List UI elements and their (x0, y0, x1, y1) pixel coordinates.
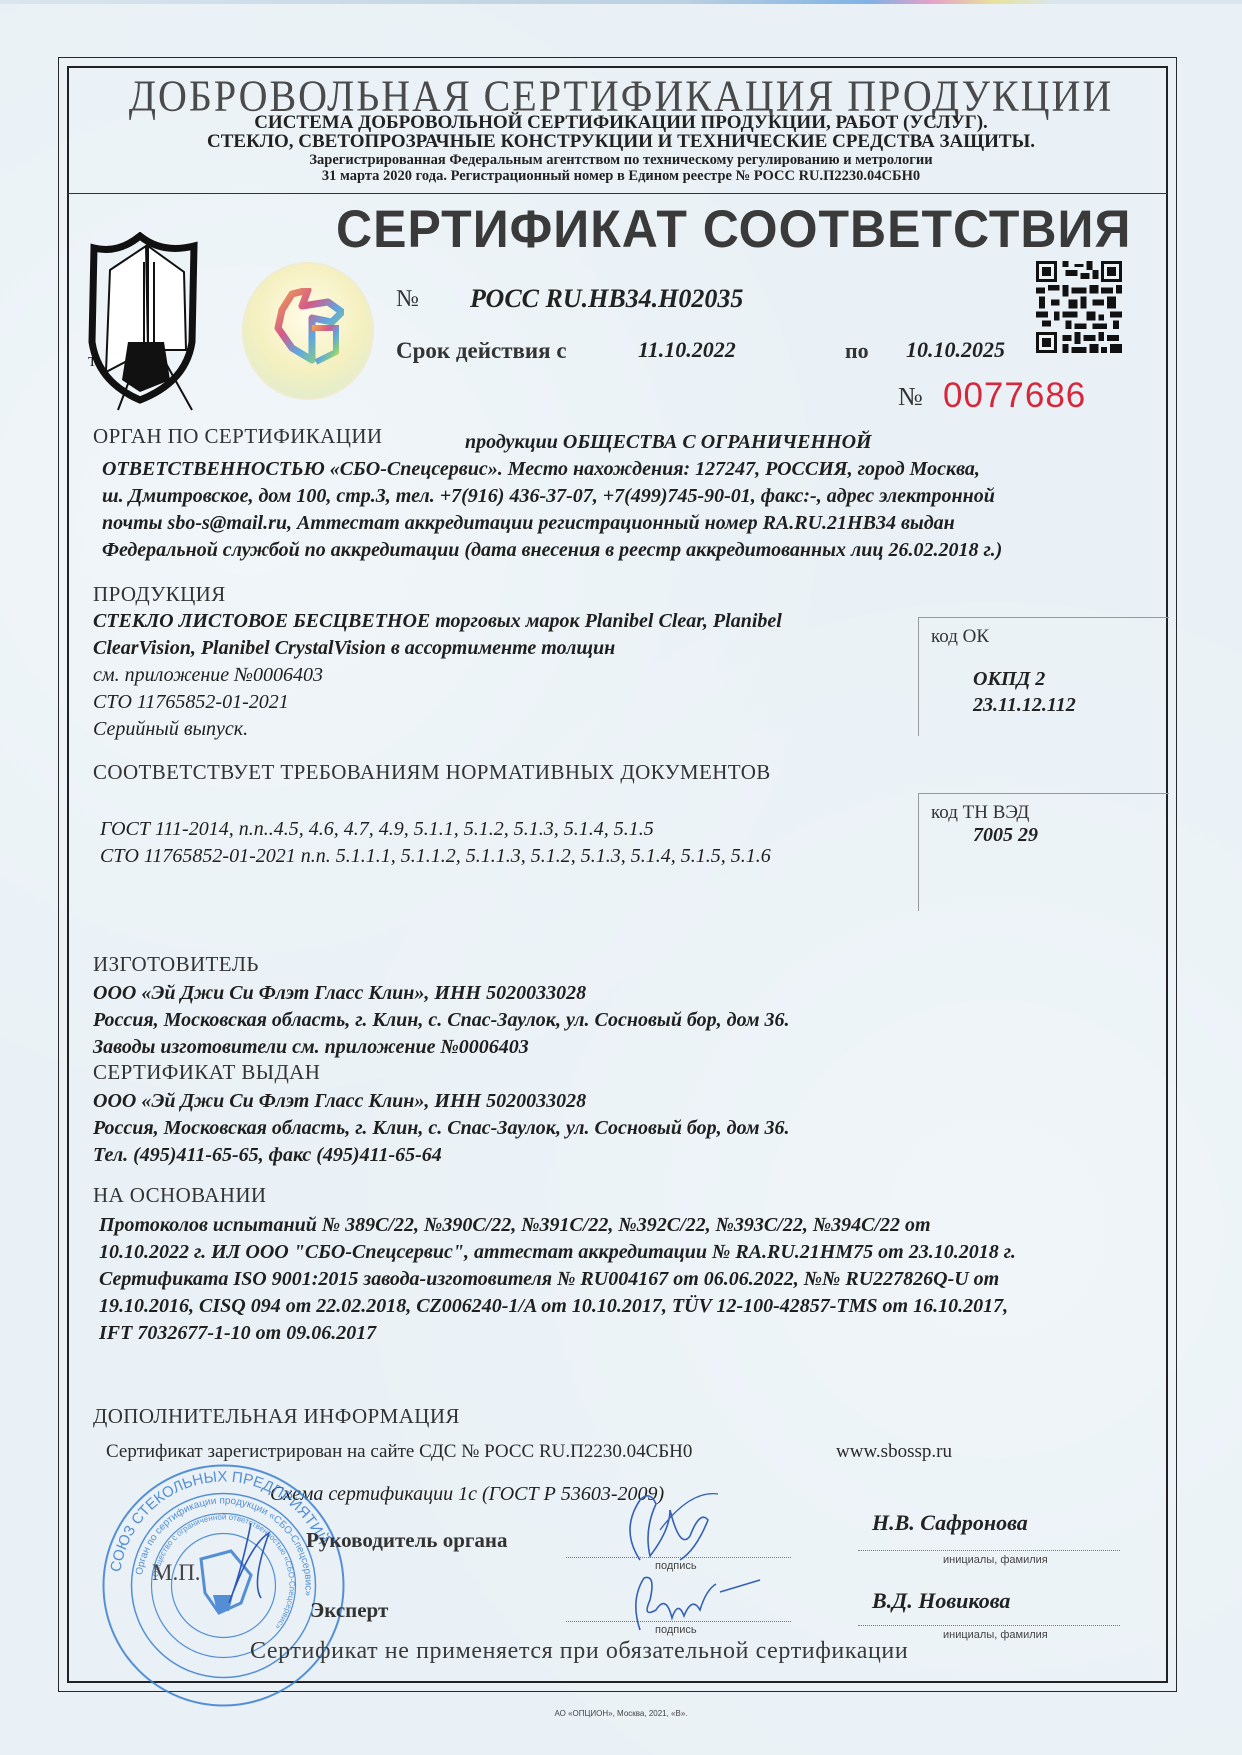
code-tnved-box: код ТН ВЭД 7005 29 (918, 793, 1169, 911)
requirements-heading: СООТВЕТСТВУЕТ ТРЕБОВАНИЯМ НОРМАТИВНЫХ ДО… (93, 760, 771, 785)
qr-code-icon (1036, 260, 1122, 354)
basis-line: 10.10.2022 г. ИЛ ООО "СБО-Спецсервис", а… (99, 1241, 1016, 1264)
head-signature-icon (600, 1490, 730, 1570)
system-scope: СТЕКЛО, СВЕТОПРОЗРАЧНЫЕ КОНСТРУКЦИИ И ТЕ… (0, 131, 1242, 153)
certification-body-line: продукции ОБЩЕСТВА С ОГРАНИЧЕННОЙ (465, 431, 872, 454)
valid-from-date: 11.10.2022 (638, 337, 736, 363)
valid-to-date: 10.10.2025 (906, 337, 1005, 363)
product-line: СТЕКЛО ЛИСТОВОЕ БЕСЦВЕТНОЕ торговых маро… (93, 610, 782, 633)
expert-name-caption: инициалы, фамилия (943, 1629, 1048, 1641)
issued-to-line: ООО «Эй Джи Си Флэт Гласс Клин», ИНН 502… (93, 1090, 586, 1113)
certification-body-line: ш. Дмитровское, дом 100, стр.3, тел. +7(… (102, 485, 995, 508)
footer-note: Сертификат не применяется при обязательн… (250, 1638, 908, 1665)
issued-to-line: Тел. (495)411-65-65, факс (495)411-65-64 (93, 1144, 442, 1167)
hologram-seal-icon (242, 262, 374, 400)
certificate-title: СЕРТИФИКАТ СООТВЕТСТВИЯ (336, 199, 1131, 260)
validity-label: Срок действия с (396, 338, 567, 364)
code-tnved-value: 7005 29 (973, 824, 1038, 847)
product-line: ClearVision, Planibel CrystalVision в ас… (93, 637, 615, 660)
certification-body-heading: ОРГАН ПО СЕРТИФИКАЦИИ (93, 424, 382, 449)
expert-label: Эксперт (310, 1598, 388, 1623)
seal-place-label: М.П. (152, 1560, 201, 1586)
basis-line: 19.10.2016, CISQ 094 от 22.02.2018, CZ00… (99, 1295, 1008, 1318)
blank-number-label: № (898, 382, 923, 412)
manufacturer-line: Россия, Московская область, г. Клин, с. … (93, 1009, 790, 1032)
website-link[interactable]: www.sbossp.ru (836, 1441, 952, 1463)
scan-edge-strip (0, 0, 1242, 4)
expert-signature-icon (620, 1570, 770, 1640)
manufacturer-line: ООО «Эй Джи Си Флэт Гласс Клин», ИНН 502… (93, 982, 586, 1005)
basis-line: IFT 7032677-1-10 от 09.06.2017 (99, 1322, 376, 1345)
svg-text:Т: Т (88, 355, 97, 370)
requirements-line: СТО 11765852-01-2021 п.п. 5.1.1.1, 5.1.1… (100, 845, 771, 868)
product-heading: ПРОДУКЦИЯ (93, 582, 226, 607)
basis-heading: НА ОСНОВАНИИ (93, 1183, 267, 1208)
certification-body-line: почты sbo-s@mail.ru, Аттестат аккредитац… (102, 512, 955, 535)
registration-line-2: 31 марта 2020 года. Регистрационный номе… (0, 168, 1242, 185)
code-ok-classifier: ОКПД 2 (973, 668, 1045, 691)
product-line: Серийный выпуск. (93, 718, 248, 741)
code-ok-label: код ОК (931, 626, 989, 648)
certificate-number: РОСС RU.HB34.H02035 (470, 284, 743, 314)
manufacturer-line: Заводы изготовители см. приложение №0006… (93, 1036, 529, 1059)
certification-body-line: ОТВЕТСТВЕННОСТЬЮ «СБО-Спецсервис». Место… (102, 458, 980, 481)
expert-name: В.Д. Новикова (872, 1588, 1010, 1614)
additional-heading: ДОПОЛНИТЕЛЬНАЯ ИНФОРМАЦИЯ (93, 1404, 460, 1429)
issued-to-heading: СЕРТИФИКАТ ВЫДАН (93, 1060, 320, 1085)
basis-line: Протоколов испытаний № 389С/22, №390С/22… (99, 1214, 931, 1237)
code-ok-value: 23.11.12.112 (973, 694, 1076, 717)
header-divider (67, 193, 1168, 194)
issued-to-line: Россия, Московская область, г. Клин, с. … (93, 1117, 790, 1140)
registration-note: Сертификат зарегистрирован на сайте СДС … (106, 1441, 692, 1463)
basis-line: Сертификата ISO 9001:2015 завода-изготов… (99, 1268, 999, 1291)
requirements-line: ГОСТ 111-2014, п.п..4.5, 4.6, 4.7, 4.9, … (100, 818, 654, 841)
head-name-line (858, 1550, 1120, 1551)
code-ok-box: код ОК ОКПД 2 23.11.12.112 (918, 617, 1169, 736)
expert-name-line (858, 1625, 1120, 1626)
product-line: СТО 11765852-01-2021 (93, 691, 289, 714)
head-label: Руководитель органа (306, 1528, 508, 1553)
shield-book-flask-logo-icon: Т (88, 232, 198, 412)
certification-body-line: Федеральной службой по аккредитации (дат… (102, 539, 1002, 562)
head-name-caption: инициалы, фамилия (943, 1554, 1048, 1566)
head-name: Н.В. Сафронова (872, 1510, 1028, 1536)
manufacturer-heading: ИЗГОТОВИТЕЛЬ (93, 952, 259, 977)
certificate-number-label: № (396, 286, 419, 313)
round-seal-stamp-icon: СОЮЗ СТЕКОЛЬНЫХ ПРЕДПРИЯТИЙ Орган по сер… (101, 1463, 346, 1708)
registration-line-1: Зарегистрированная Федеральным агентство… (0, 152, 1242, 169)
printer-imprint: АО «ОПЦИОН», Москва, 2021, «В». (0, 1709, 1242, 1718)
blank-serial-number: 0077686 (943, 376, 1086, 416)
code-tnved-label: код ТН ВЭД (931, 802, 1029, 824)
product-line: см. приложение №0006403 (93, 664, 323, 687)
valid-to-label: по (845, 338, 869, 364)
